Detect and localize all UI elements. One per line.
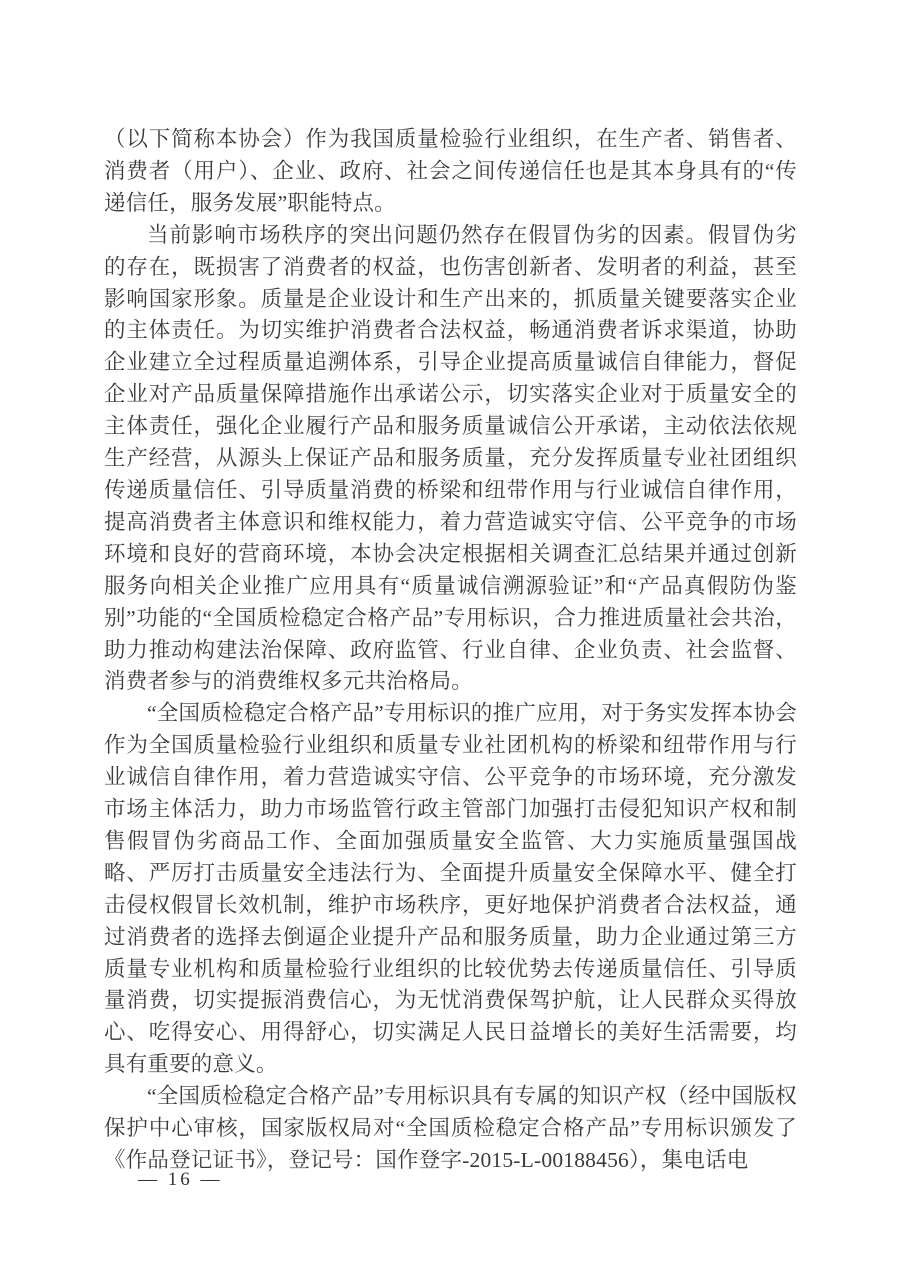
paragraph-4: “全国质检稳定合格产品”专用标识具有专属的知识产权（经中国版权保护中心审核，国家… [104, 1081, 797, 1177]
paragraph-1: （以下简称本协会）作为我国质量检验行业组织，在生产者、销售者、消费者（用户）、企… [104, 124, 797, 220]
page-number: — 16 — [138, 1169, 223, 1191]
document-page: （以下简称本协会）作为我国质量检验行业组织，在生产者、销售者、消费者（用户）、企… [0, 0, 900, 1273]
document-body: （以下简称本协会）作为我国质量检验行业组织，在生产者、销售者、消费者（用户）、企… [104, 124, 797, 1177]
paragraph-2: 当前影响市场秩序的突出问题仍然存在假冒伪劣的因素。假冒伪劣的存在，既损害了消费者… [104, 220, 797, 699]
paragraph-3: “全国质检稳定合格产品”专用标识的推广应用，对于务实发挥本协会作为全国质量检验行… [104, 698, 797, 1081]
